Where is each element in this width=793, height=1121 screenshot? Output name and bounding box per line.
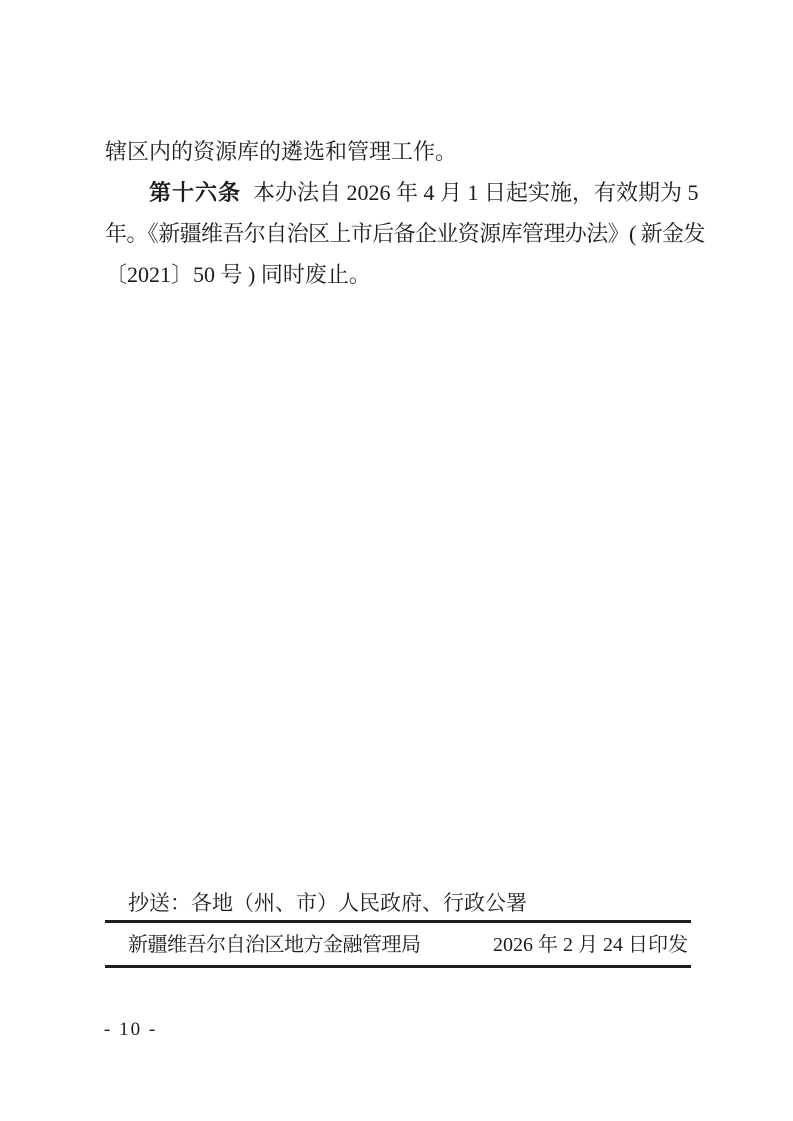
- imprint-row: 新疆维吾尔自治区地方金融管理局 2026 年 2 月 24 日印发: [105, 923, 691, 968]
- article-16-line-3: 〔2021〕50 号 ) 同时废止。: [105, 254, 692, 295]
- document-imprint-footer: 抄送：各地（州、市）人民政府、行政公署 新疆维吾尔自治区地方金融管理局 2026…: [105, 886, 691, 968]
- paragraph-continuation-line: 辖区内的资源库的遴选和管理工作。: [105, 131, 692, 172]
- article-16-line-1: 第十六条本办法自 2026 年 4 月 1 日起实施，有效期为 5: [105, 172, 692, 213]
- document-body: 辖区内的资源库的遴选和管理工作。 第十六条本办法自 2026 年 4 月 1 日…: [105, 131, 692, 295]
- page-number: - 10 -: [104, 1019, 157, 1041]
- article-16-line-2: 年。《新疆维吾尔自治区上市后备企业资源库管理办法》( 新金发: [105, 213, 692, 254]
- article-16-number: 第十六条: [149, 180, 241, 205]
- print-date: 2026 年 2 月 24 日印发: [493, 933, 688, 957]
- document-page: 辖区内的资源库的遴选和管理工作。 第十六条本办法自 2026 年 4 月 1 日…: [0, 0, 793, 1121]
- article-16-line-1-text: 本办法自 2026 年 4 月 1 日起实施，有效期为 5: [253, 180, 699, 205]
- cc-line: 抄送：各地（州、市）人民政府、行政公署: [105, 886, 691, 923]
- issuing-agency: 新疆维吾尔自治区地方金融管理局: [128, 933, 421, 957]
